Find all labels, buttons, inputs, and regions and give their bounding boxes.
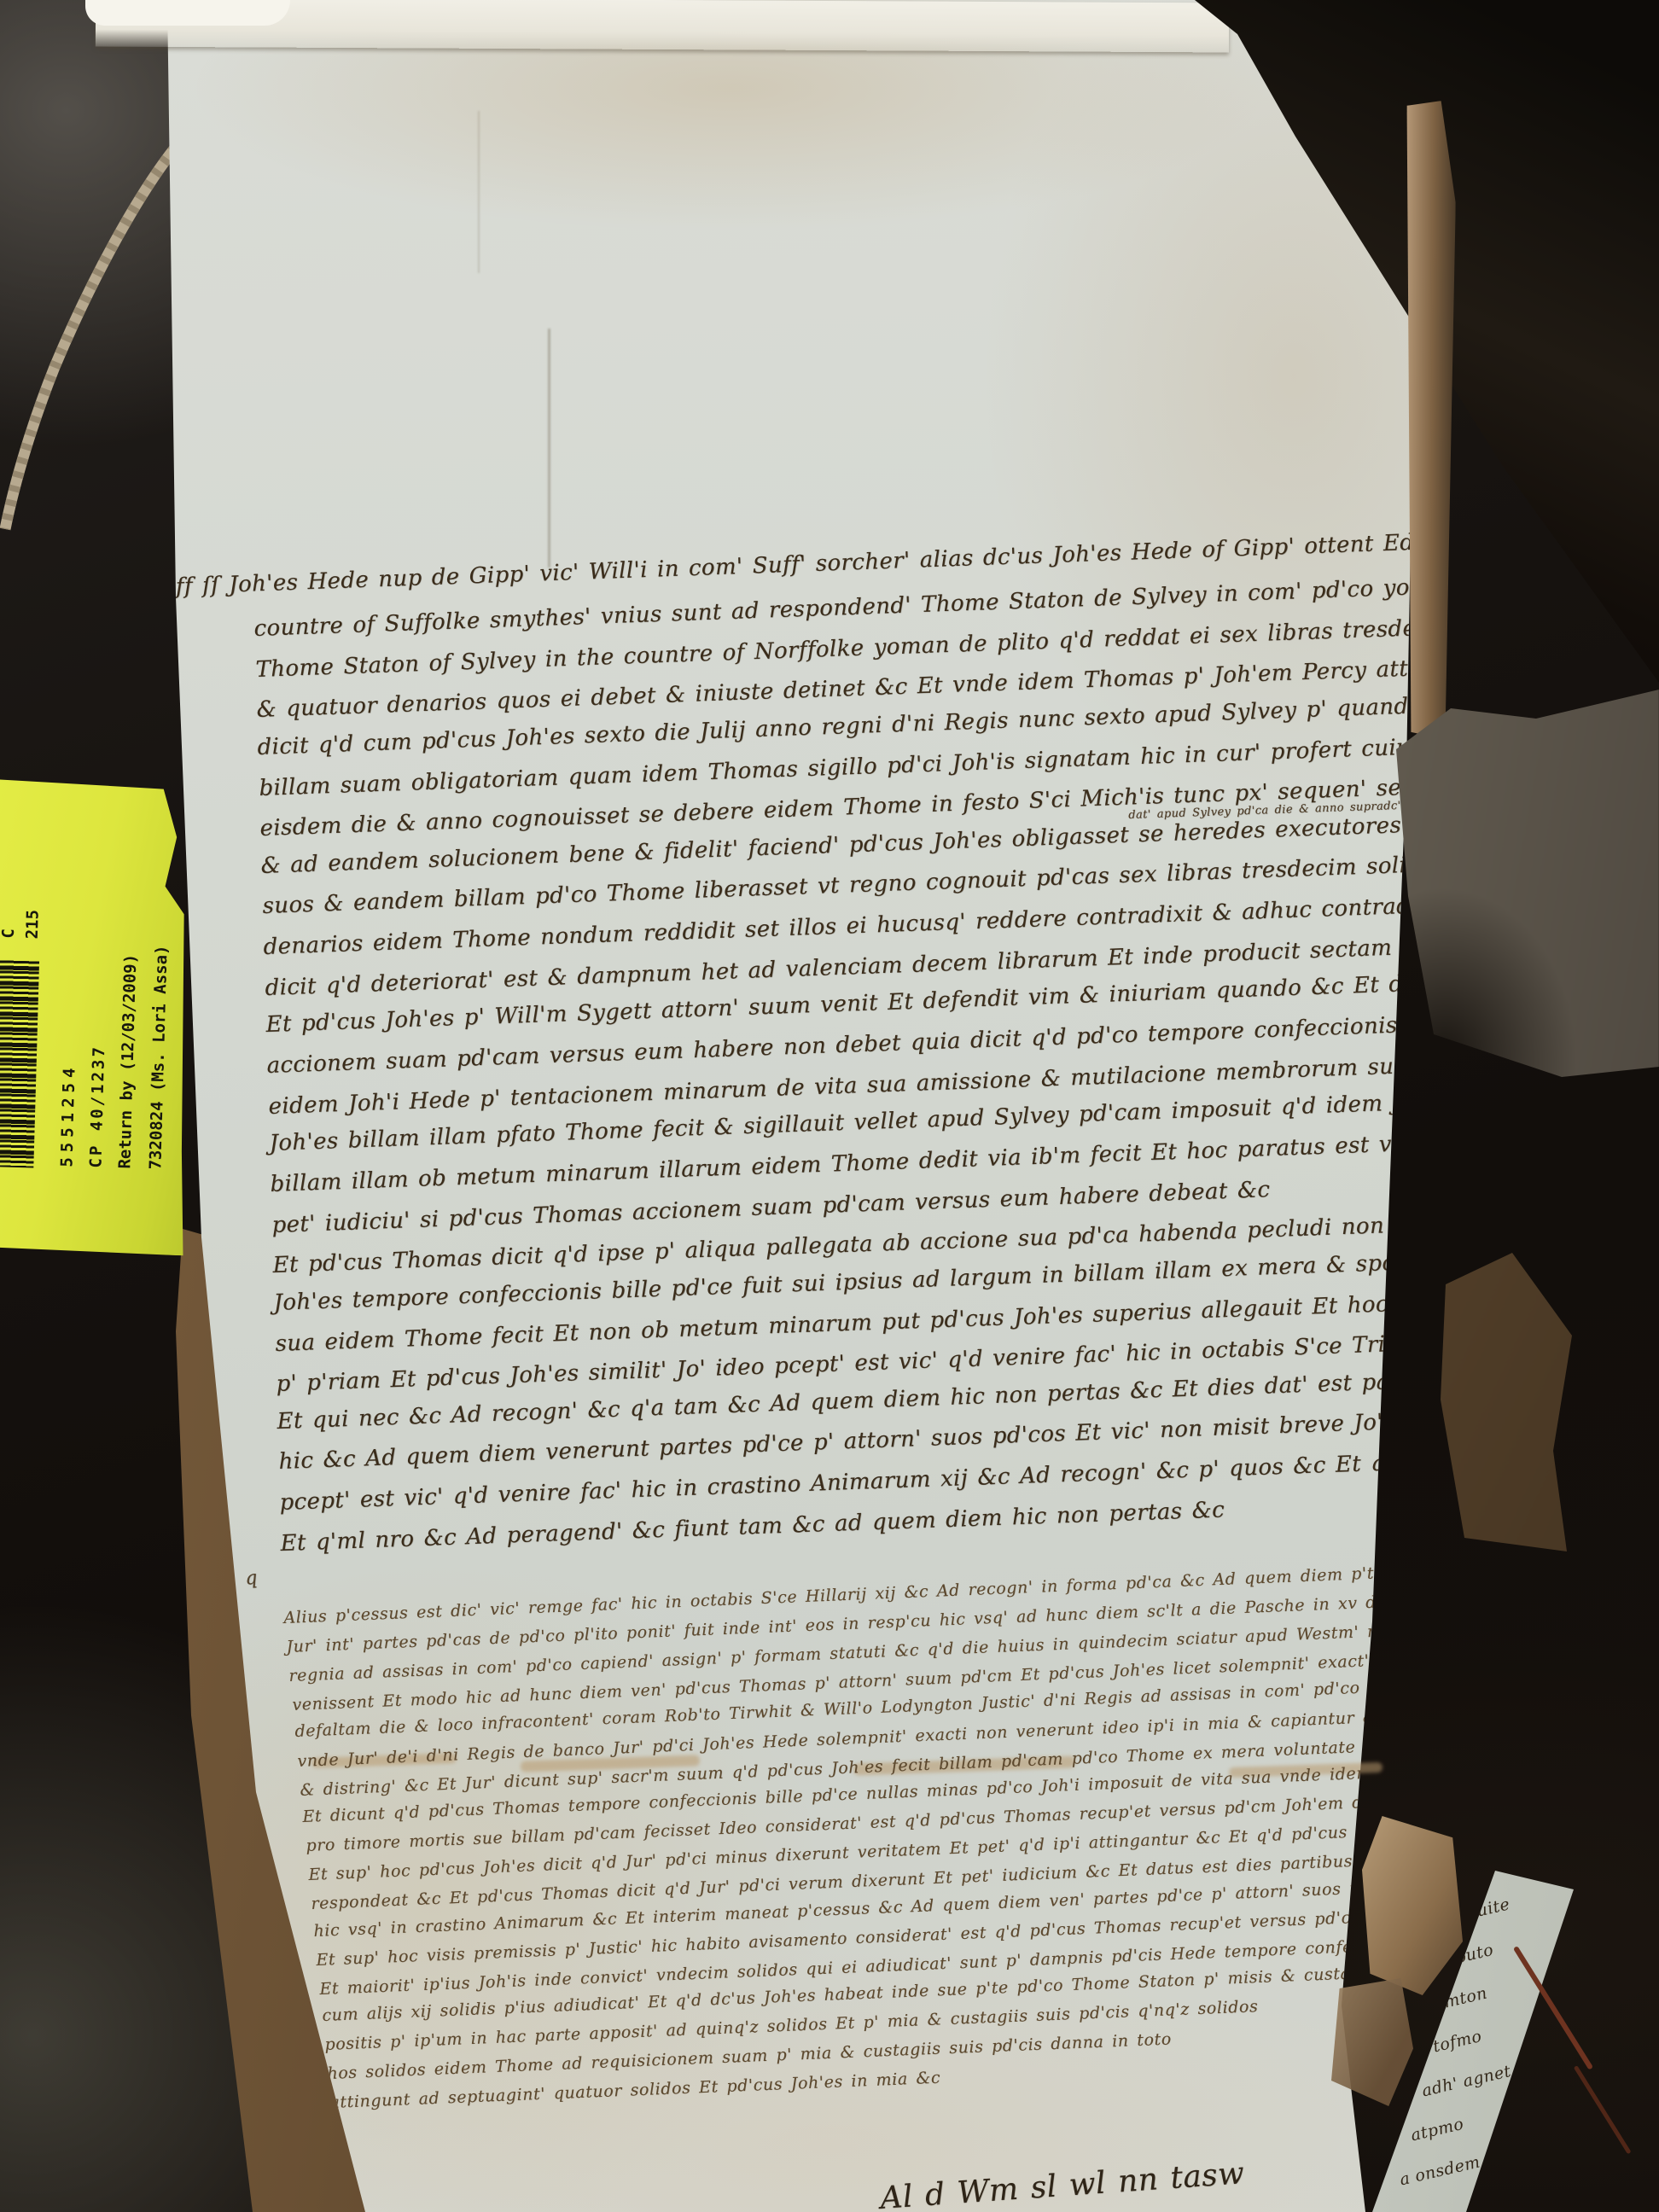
fragment-word: adh' agnet [1420, 2062, 1513, 2100]
fragment-word: a onsdem [1398, 2152, 1482, 2189]
label-fragment: C [0, 928, 18, 939]
manuscript-photo: Suff ſſ Joh'es Hede nup de Gipp' vic' Wi… [0, 0, 1659, 2212]
fragment-word: tofmo [1431, 2027, 1484, 2056]
label-line: 5551254 [57, 1062, 79, 1167]
label-line: CP 40/1237 [86, 1045, 108, 1168]
label-fragment: 215 [23, 910, 43, 940]
label-line: Return by (12/03/2009) [115, 954, 140, 1169]
upper-membrane-corner [85, 0, 290, 26]
archival-label: 5551254CP 40/1237Return by (12/03/2009)7… [0, 779, 196, 1255]
label-line: 7320824 (Ms. Lori Assa) [146, 945, 171, 1170]
fragment-word: atpmo [1409, 2115, 1465, 2145]
barcode [0, 960, 39, 1167]
next-entry-fragment: Al d Wm sl wl nn tasw [879, 2156, 1245, 2212]
margin-pen-mark: q [244, 1567, 259, 1589]
